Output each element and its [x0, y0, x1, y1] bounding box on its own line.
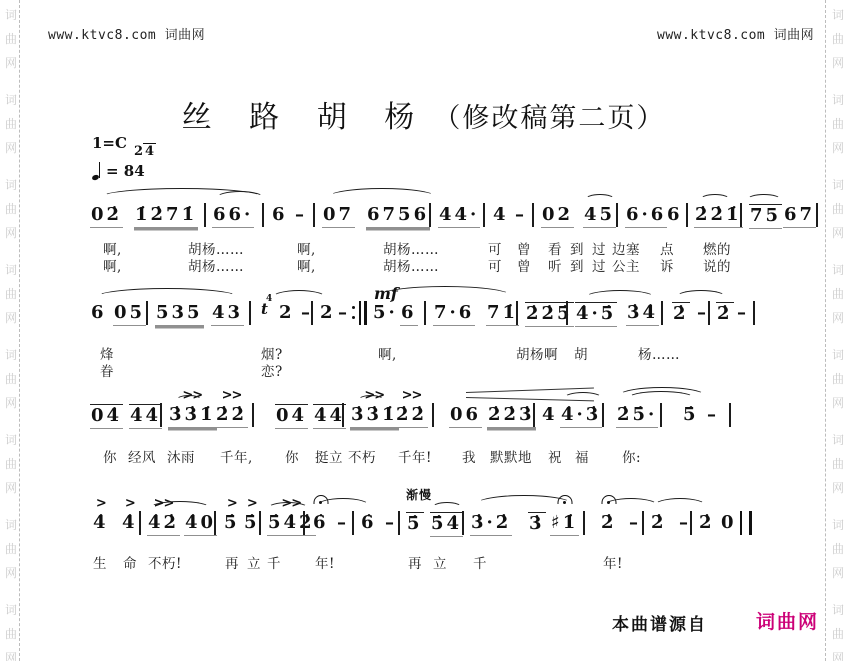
barline: [583, 511, 585, 535]
note: 4̇·5̇: [575, 302, 617, 327]
note: 4̇·3̇: [560, 404, 602, 428]
note: 5̇>: [243, 512, 261, 535]
footer-source-label: 本曲谱源自: [612, 610, 707, 635]
lyric: 千: [473, 552, 487, 572]
note: 02̇: [90, 204, 123, 228]
note: 3̇4̇: [626, 302, 659, 326]
tempo-rallentando: 渐慢: [406, 486, 432, 503]
watermark-char: 曲: [830, 625, 846, 642]
lyric: 福: [575, 446, 589, 466]
barline: [816, 203, 818, 227]
tonality: 1=C: [92, 134, 127, 152]
note: 2: [319, 302, 337, 325]
slur: [747, 194, 781, 205]
barline: [566, 301, 568, 325]
repeat-end-barline: [352, 301, 367, 325]
slur: [432, 502, 462, 513]
lyric: 不朽: [348, 446, 376, 466]
note: 4̇4̇: [129, 404, 162, 429]
barline: [214, 511, 216, 535]
watermark-char: 词: [830, 601, 846, 618]
lyric: 千年!: [398, 446, 432, 466]
lyric: 胡杨……: [383, 255, 439, 275]
note: –: [628, 512, 642, 535]
accent-mark: >: [96, 498, 106, 510]
accent-mark: >>: [402, 390, 422, 402]
note: 3̇: [528, 512, 546, 536]
lyric: 你:: [622, 446, 641, 466]
barline: [249, 301, 251, 325]
watermark-char: 网: [830, 139, 846, 156]
barline: [642, 511, 644, 535]
music-line: 4̇>4̇>4̇2̇>>4̇05̇>5̇>5̇4̇2̇>>6̇–6̇–5̇5̇4…: [0, 498, 847, 598]
lyric: 诉: [660, 255, 674, 275]
slur: [358, 395, 384, 405]
barline: [602, 403, 604, 427]
barline: [708, 301, 710, 325]
lyric: 你: [285, 446, 299, 466]
note: 5·: [372, 302, 399, 325]
note: 04̇: [275, 404, 308, 429]
lyric: 年!: [603, 552, 623, 572]
barline: [352, 511, 354, 535]
final-barline: [740, 511, 752, 535]
lyric: 过: [592, 255, 606, 275]
barline: [753, 301, 755, 325]
note: 2̇5̇·: [616, 404, 658, 428]
slur: [316, 498, 370, 514]
note: 6·6: [625, 204, 667, 228]
watermark-char: 网: [830, 649, 846, 661]
accent-mark: >: [227, 498, 237, 510]
lyric: 恋?: [261, 360, 283, 380]
accent-mark: >: [247, 498, 257, 510]
barline: [660, 403, 662, 427]
slur: [96, 288, 238, 306]
note: –: [294, 204, 308, 227]
note: 5̇4̇: [430, 512, 463, 537]
watermark-char: 网: [3, 649, 19, 661]
music-line: 02̇1̇2̇71̇66·6–07675644·4–02456·662̇2̇1̇…: [0, 190, 847, 290]
lyric: 我: [462, 446, 476, 466]
barline: [204, 203, 206, 227]
lyric: 曾: [517, 255, 531, 275]
note: 66·: [212, 204, 254, 228]
lyric: 生: [93, 552, 107, 572]
slur: [628, 391, 694, 405]
lyric: 立: [247, 552, 261, 572]
barline: [661, 301, 663, 325]
barline: [432, 403, 434, 427]
lyric: 啊,: [103, 255, 122, 275]
barline: [516, 301, 518, 325]
note: 2̇: [650, 512, 668, 535]
note: –: [384, 512, 398, 535]
lyric: 啊,: [297, 255, 316, 275]
barline: [160, 403, 162, 427]
lyric: 立: [433, 552, 447, 572]
lyric: 公主: [612, 255, 640, 275]
note: 2̇: [600, 512, 618, 535]
watermark-char: 网: [3, 54, 19, 71]
lyric: 胡杨……: [188, 255, 244, 275]
note: 4̇2̇>>: [147, 512, 180, 536]
header-site-right: www.ktvc8.com 词曲网: [657, 24, 814, 43]
meter-numerator: 2: [134, 144, 143, 159]
barline: [342, 403, 344, 427]
lyric: 你: [103, 446, 117, 466]
music-line: 04̇4̇4̇3̇3̇1̇>>2̇2̇>>04̇4̇4̇3̇3̇1̇>>2̇2̇…: [0, 390, 847, 490]
note: 4̇0: [184, 512, 217, 536]
meter-denominator: 4: [143, 143, 156, 159]
note: 6̇: [360, 512, 378, 535]
note: 2̇: [716, 302, 734, 326]
lyric: 胡: [574, 343, 588, 363]
note: 02: [541, 204, 574, 228]
note: –: [706, 404, 720, 427]
tempo-marking: = 84: [92, 161, 156, 180]
accent-mark: >>: [222, 390, 242, 402]
slur: [585, 290, 655, 305]
page-title: 丝 路 胡 杨 （修改稿第二页）: [0, 92, 847, 136]
title-note: （修改稿第二页）: [433, 103, 665, 134]
barline: [313, 203, 315, 227]
slur: [150, 501, 210, 515]
watermark-char: 曲: [830, 30, 846, 47]
note: 45: [583, 204, 616, 228]
slur: [272, 290, 326, 305]
lyric: 命: [123, 552, 137, 572]
note: ♯1̇: [550, 512, 579, 536]
note: 6: [271, 204, 289, 227]
quarter-note-icon: [92, 161, 103, 180]
lyric: 可: [488, 255, 502, 275]
lyric: 挺立: [315, 446, 343, 466]
lyric: 再: [408, 552, 422, 572]
note: 2̇: [672, 302, 690, 326]
barline: [398, 511, 400, 535]
barline: [462, 511, 464, 535]
note: 3̇·2̇: [470, 512, 512, 536]
key-signature: 1=C24 = 84: [92, 134, 156, 180]
tempo-value: = 84: [106, 162, 145, 180]
barline: [303, 511, 305, 535]
note: 06: [449, 404, 482, 428]
note: 4: [492, 204, 510, 227]
slur: [585, 194, 615, 205]
note: 6: [90, 302, 108, 325]
watermark-char: 曲: [3, 30, 19, 47]
barline: [259, 511, 261, 535]
note: 5̇: [406, 512, 424, 536]
song-title: 丝 路 胡 杨: [182, 100, 429, 135]
note: 3̇3̇1̇>>: [350, 404, 399, 428]
slur: [328, 188, 436, 206]
barline: [533, 403, 535, 427]
note: –: [336, 512, 350, 535]
barline: [429, 203, 431, 227]
lyric: 杨……: [638, 343, 680, 363]
slur: [676, 290, 726, 304]
note: 0: [720, 512, 738, 535]
lyric: 眷: [100, 360, 114, 380]
footer-site-link[interactable]: 词曲网: [756, 607, 819, 634]
lyric: 经风: [128, 446, 156, 466]
watermark-char: 网: [830, 54, 846, 71]
note: 4: [541, 404, 559, 427]
lyric: 说的: [703, 255, 731, 275]
barline: [616, 203, 618, 227]
slur: [176, 395, 202, 405]
note: 1̇2̇71̇: [134, 204, 198, 228]
note: 67: [783, 204, 816, 228]
note: 2̇2̇1̇: [694, 204, 743, 228]
slur: [604, 498, 658, 513]
note: 75: [749, 204, 782, 229]
note: 6: [400, 302, 418, 326]
note: 43: [211, 302, 244, 326]
barline: [262, 203, 264, 227]
note: 6: [666, 204, 684, 227]
lyric: 到: [570, 255, 584, 275]
note: 3̇3̇1̇>>: [168, 404, 217, 428]
lyric: 千: [267, 552, 281, 572]
music-line: 605535432–2–5·67·671̇2̇2̇5̇4̇·5̇3̇4̇2̇–2…: [0, 288, 847, 388]
note: –: [736, 302, 750, 325]
note: 71̇: [486, 302, 519, 326]
note: 4̇>: [92, 512, 110, 535]
lyric: 默默地: [490, 446, 532, 466]
note: 5̇>: [223, 512, 241, 535]
barline: [686, 203, 688, 227]
barline: [690, 511, 692, 535]
note: 44·: [438, 204, 480, 228]
note: 2̇2̇3̇: [487, 404, 536, 428]
note: 2̇2̇>>: [215, 404, 248, 428]
note: 5̇4̇2̇>>: [267, 512, 316, 536]
note: 6̇: [312, 512, 330, 535]
slur: [378, 286, 512, 306]
slur: [700, 194, 730, 205]
note: 2̇2̇>>: [395, 404, 428, 428]
lyric: 胡杨啊: [516, 343, 558, 363]
barline: [740, 203, 742, 227]
barline: [729, 403, 731, 427]
lyric: 沐雨: [167, 446, 195, 466]
lyric: 再: [225, 552, 239, 572]
header-site-left: www.ktvc8.com 词曲网: [48, 24, 205, 43]
watermark-char: 词: [830, 6, 846, 23]
note: –: [514, 204, 528, 227]
lyric: 祝: [548, 446, 562, 466]
lyric: 不朽!: [148, 552, 182, 572]
ornament-turn: t: [261, 300, 268, 318]
barline: [311, 301, 313, 325]
note: 5̇: [682, 404, 700, 427]
barline: [252, 403, 254, 427]
note: 4̇>: [121, 512, 139, 535]
watermark-char: 网: [3, 139, 19, 156]
note: 6756: [366, 204, 430, 228]
barline: [532, 203, 534, 227]
slur: [654, 498, 706, 513]
note: 07: [322, 204, 355, 228]
lyric: 年!: [315, 552, 335, 572]
time-signature: 24: [134, 146, 156, 158]
accent-mark: >: [125, 498, 135, 510]
barline: [483, 203, 485, 227]
note: 05: [113, 302, 146, 326]
note: 2̇: [698, 512, 716, 535]
slur: [564, 392, 602, 404]
watermark-char: 词: [3, 601, 19, 618]
sheet-music-page: 词曲网词曲网词曲网词曲网词曲网词曲网词曲网词曲网 词曲网词曲网词曲网词曲网词曲网…: [0, 0, 847, 661]
note: 04̇: [90, 404, 123, 429]
slur: [476, 495, 572, 513]
dynamic-mf: mf: [374, 284, 398, 303]
watermark-char: 曲: [3, 625, 19, 642]
slur: [216, 191, 264, 205]
note: 2: [278, 302, 296, 325]
barline: [139, 511, 141, 535]
note: –: [337, 302, 351, 325]
lyric: 听: [548, 255, 562, 275]
watermark-char: 词: [3, 6, 19, 23]
slur: [268, 502, 308, 514]
lyric: 千年,: [220, 446, 253, 466]
lyric: 啊,: [378, 343, 397, 363]
